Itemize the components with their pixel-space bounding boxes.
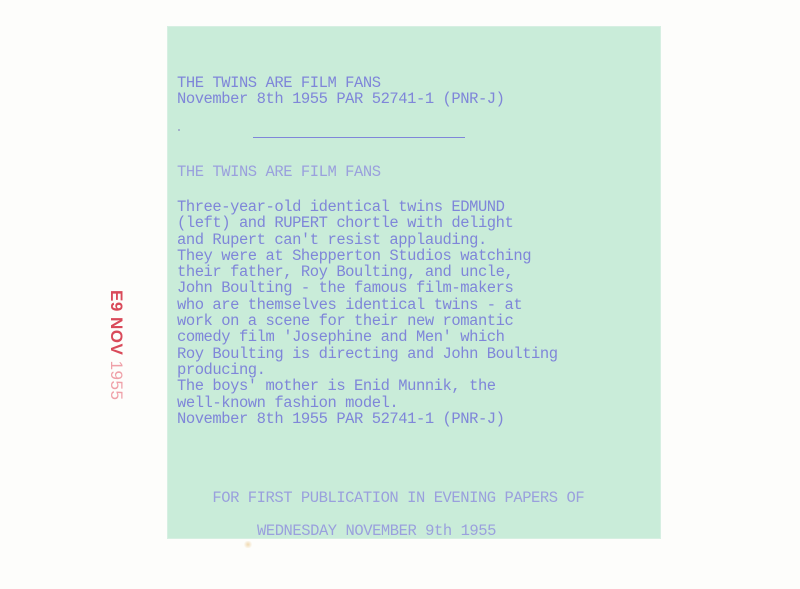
body-line: work on a scene for their new romantic: [177, 313, 558, 329]
header-dateline: November 8th 1955 PAR 52741-1 (PNR-J): [177, 90, 505, 108]
body-line: November 8th 1955 PAR 52741-1 (PNR-J): [177, 411, 558, 427]
date-stamp: E9 NOV 1955: [106, 290, 126, 410]
stamp-day-month: E9 NOV: [107, 290, 126, 355]
body-line: their father, Roy Boulting, and uncle,: [177, 264, 558, 280]
publication-line-1: FOR FIRST PUBLICATION IN EVENING PAPERS …: [212, 489, 584, 507]
body-line: comedy film 'Josephine and Men' which: [177, 329, 558, 345]
body-line: and Rupert can't resist applauding.: [177, 232, 558, 248]
body-line: who are themselves identical twins - at: [177, 297, 558, 313]
body-line: John Boulting - the famous film-makers: [177, 280, 558, 296]
ink-dot: [178, 129, 180, 131]
body-line: The boys' mother is Enid Munnik, the: [177, 378, 558, 394]
publication-note: FOR FIRST PUBLICATION IN EVENING PAPERS …: [177, 474, 584, 572]
header-block: THE TWINS ARE FILM FANS November 8th 195…: [177, 75, 505, 108]
divider-rule: [253, 137, 465, 138]
caption-title: THE TWINS ARE FILM FANS: [177, 164, 381, 180]
body-line: (left) and RUPERT chortle with delight: [177, 215, 558, 231]
body-line: Three-year-old identical twins EDMUND: [177, 199, 558, 215]
header-title: THE TWINS ARE FILM FANS: [177, 74, 381, 92]
body-line: well-known fashion model.: [177, 395, 558, 411]
caption-body: Three-year-old identical twins EDMUND(le…: [177, 199, 558, 427]
body-line: producing.: [177, 362, 558, 378]
body-line: They were at Shepperton Studios watching: [177, 248, 558, 264]
publication-line-2: WEDNESDAY NOVEMBER 9th 1955: [177, 523, 584, 539]
stamp-year: 1955: [107, 361, 126, 401]
caption-sheet: THE TWINS ARE FILM FANS November 8th 195…: [168, 27, 660, 538]
ink-smudge: [243, 541, 253, 548]
body-line: Roy Boulting is directing and John Boult…: [177, 346, 558, 362]
